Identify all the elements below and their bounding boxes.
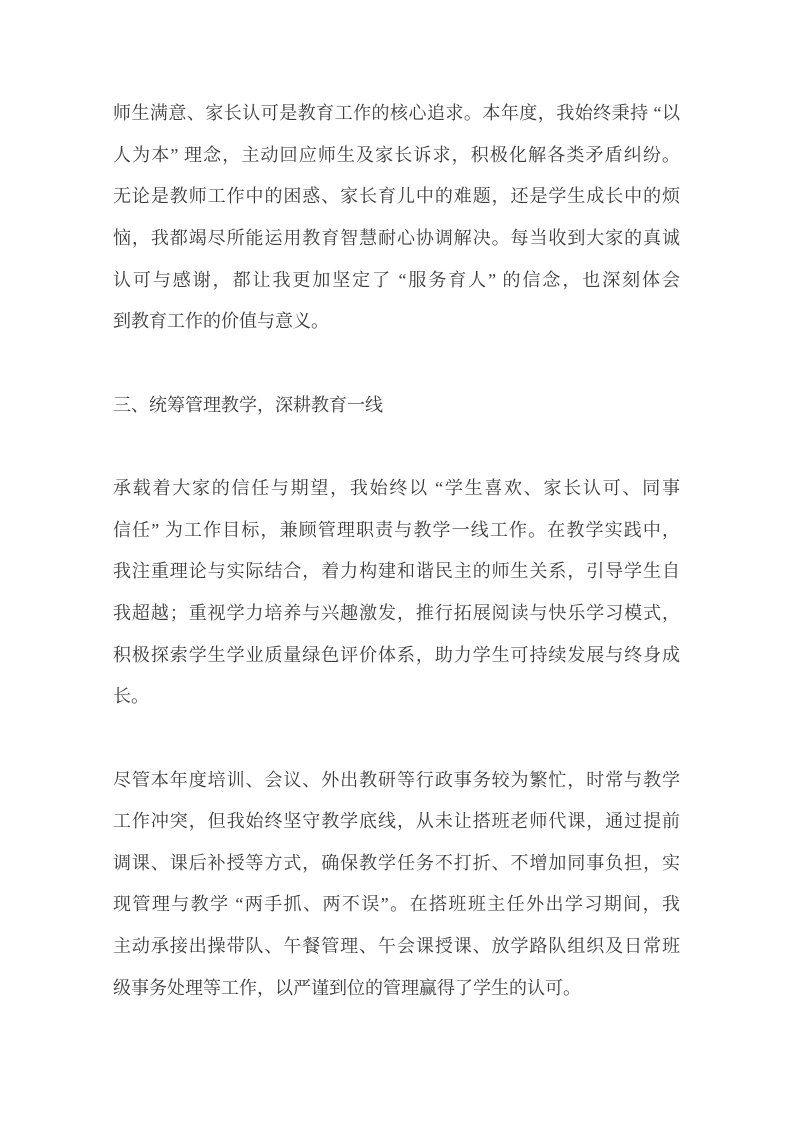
document-content: 师生满意、家长认可是教育工作的核心追求。本年度，我始终秉持 “以人为本” 理念，… — [113, 93, 680, 1009]
text-line: 承载着大家的信任与期望，我始终以 “学生喜欢、家长认可、同事 — [113, 468, 680, 510]
text-line: 尽管本年度培训、会议、外出教研等行政事务较为繁忙，时常与教学 — [113, 760, 680, 802]
text-line: 无论是教师工作中的困惑、家长育儿中的难题，还是学生成长中的烦 — [113, 176, 680, 218]
document-page: 师生满意、家长认可是教育工作的核心追求。本年度，我始终秉持 “以人为本” 理念，… — [0, 0, 793, 1122]
text-line: 我超越；重视学力培养与兴趣激发，推行拓展阅读与快乐学习模式， — [113, 593, 680, 635]
text-line: 三、统筹管理教学，深耕教育一线 — [113, 385, 680, 427]
text-line: 工作冲突，但我始终坚守教学底线，从未让搭班老师代课，通过提前 — [113, 801, 680, 843]
text-line: 恼，我都竭尽所能运用教育智慧耐心协调解决。每当收到大家的真诚 — [113, 218, 680, 260]
body-paragraph: 承载着大家的信任与期望，我始终以 “学生喜欢、家长认可、同事信任” 为工作目标，… — [113, 468, 680, 718]
text-line: 到教育工作的价值与意义。 — [113, 301, 680, 343]
text-line: 积极探索学生学业质量绿色评价体系，助力学生可持续发展与终身成 — [113, 635, 680, 677]
body-paragraph: 尽管本年度培训、会议、外出教研等行政事务较为繁忙，时常与教学工作冲突，但我始终坚… — [113, 760, 680, 1010]
body-paragraph: 师生满意、家长认可是教育工作的核心追求。本年度，我始终秉持 “以人为本” 理念，… — [113, 93, 680, 343]
text-line: 长。 — [113, 676, 680, 718]
section-heading: 三、统筹管理教学，深耕教育一线 — [113, 385, 680, 427]
text-line: 级事务处理等工作，以严谨到位的管理赢得了学生的认可。 — [113, 968, 680, 1010]
text-line: 信任” 为工作目标，兼顾管理职责与教学一线工作。在教学实践中， — [113, 510, 680, 552]
text-line: 师生满意、家长认可是教育工作的核心追求。本年度，我始终秉持 “以 — [113, 93, 680, 135]
text-line: 主动承接出操带队、午餐管理、午会课授课、放学路队组织及日常班 — [113, 926, 680, 968]
text-line: 我注重理论与实际结合，着力构建和谐民主的师生关系，引导学生自 — [113, 551, 680, 593]
text-line: 人为本” 理念，主动回应师生及家长诉求，积极化解各类矛盾纠纷。 — [113, 135, 680, 177]
text-line: 现管理与教学 “两手抓、两不误”。在搭班班主任外出学习期间，我 — [113, 884, 680, 926]
text-line: 调课、课后补授等方式，确保教学任务不打折、不增加同事负担，实 — [113, 843, 680, 885]
text-line: 认可与感谢，都让我更加坚定了 “服务育人” 的信念，也深刻体会 — [113, 260, 680, 302]
